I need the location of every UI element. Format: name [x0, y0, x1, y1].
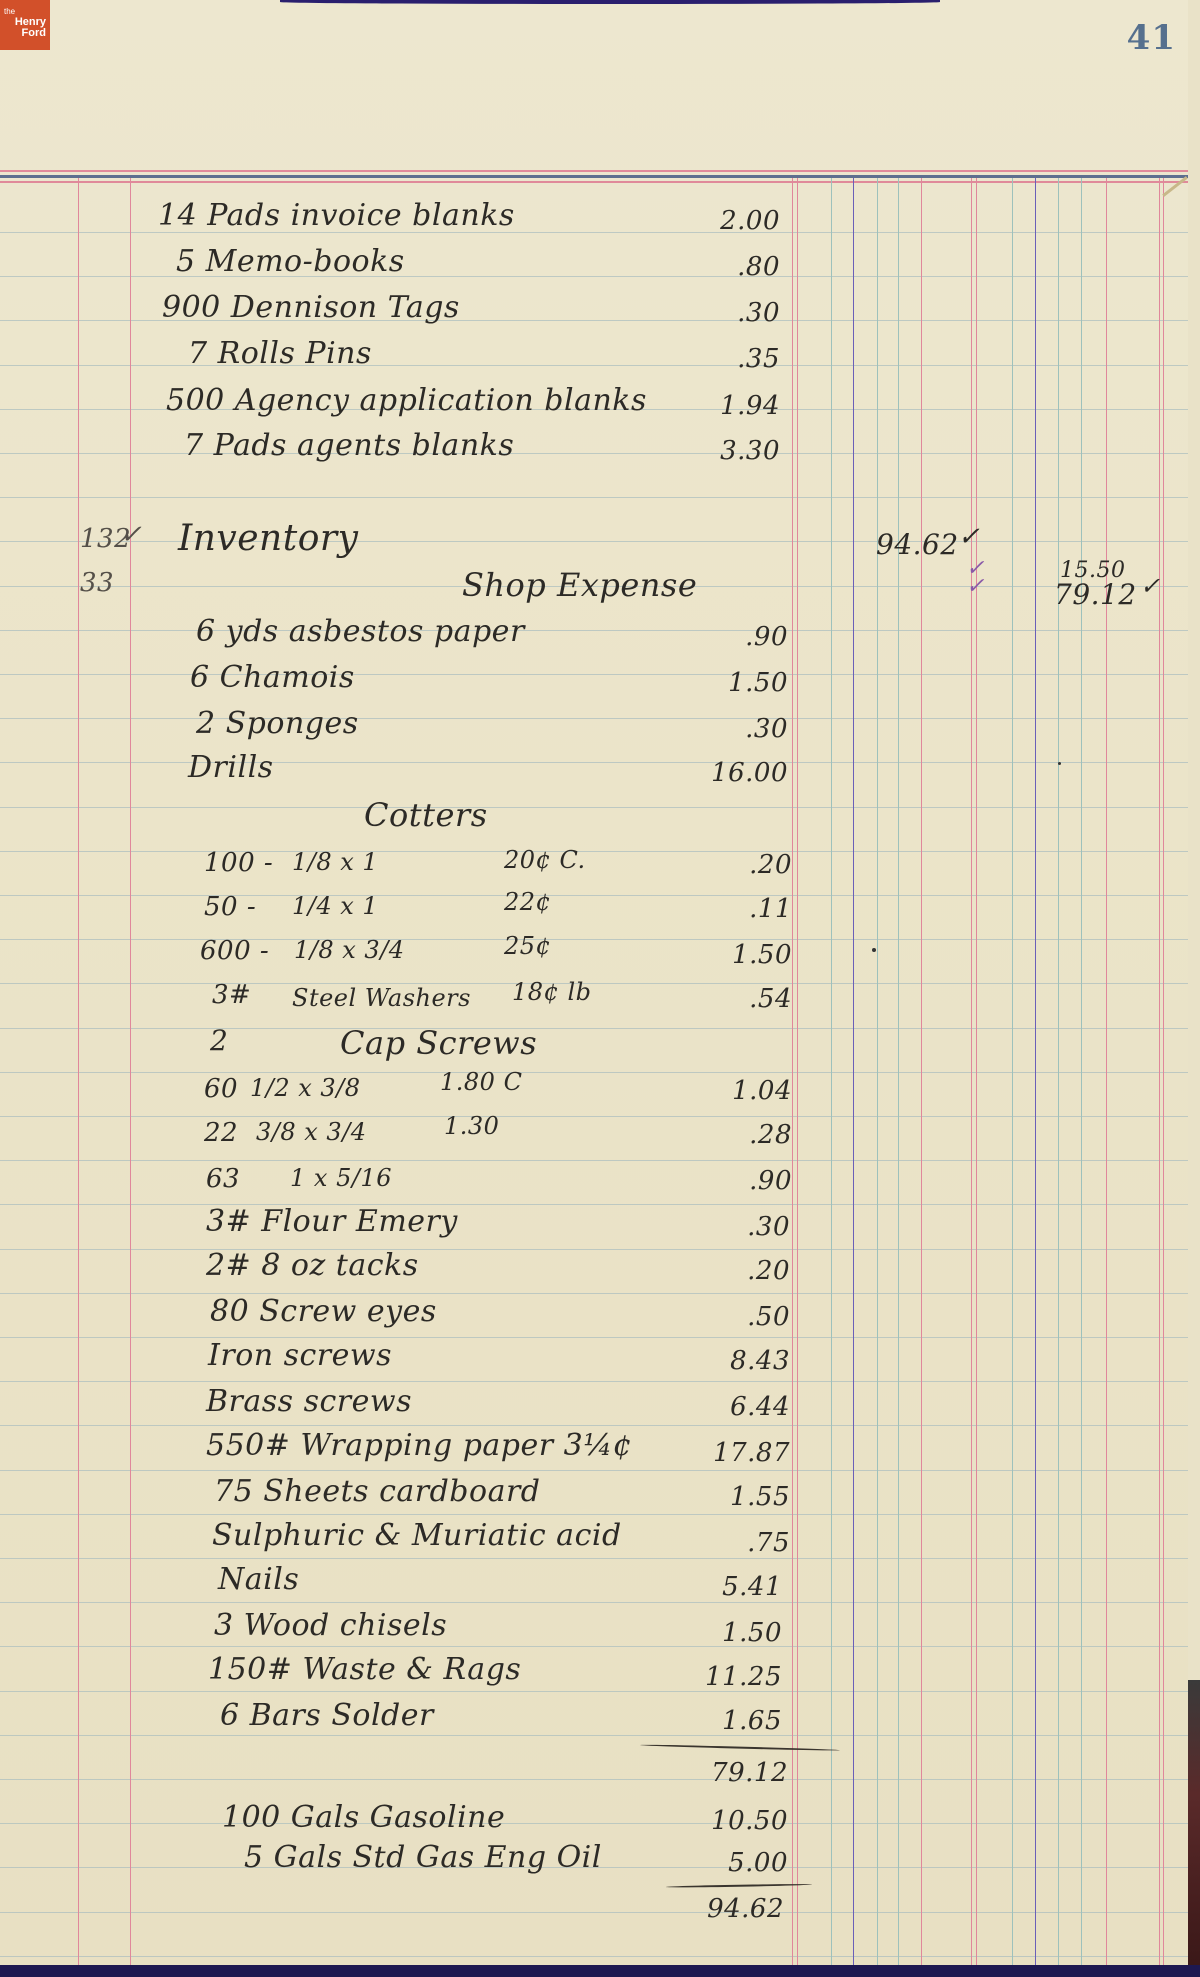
subtotal-amount: 79.12 — [668, 1758, 788, 1788]
item-quantity: 3# — [212, 980, 251, 1010]
ruled-line — [0, 1691, 1188, 1692]
ruled-line — [0, 1470, 1188, 1471]
entry-amount: .54 — [672, 984, 792, 1014]
entry-description: 7 Rolls Pins — [188, 336, 372, 371]
ruled-line — [0, 939, 1188, 940]
entry-amount: .20 — [670, 1256, 790, 1286]
ruled-line — [0, 453, 1188, 454]
item-size: 1/8 x 1 — [292, 848, 378, 876]
entry-amount: .35 — [660, 344, 780, 374]
entry-description: 6 Bars Solder — [220, 1698, 434, 1733]
entry-description: 14 Pads invoice blanks — [158, 198, 515, 233]
entry-description: 5 Memo-books — [176, 244, 405, 279]
item-rate: 18¢ lb — [512, 978, 591, 1006]
ruled-line — [0, 1823, 1188, 1824]
entry-amount: 11.25 — [662, 1662, 782, 1692]
header-rule — [0, 181, 1188, 183]
column-line — [1035, 178, 1036, 1965]
binding-shadow — [280, 0, 940, 4]
ruled-line — [0, 1028, 1188, 1029]
book-spine-edge — [1188, 1680, 1200, 1965]
ruled-line — [0, 851, 1188, 852]
folio-number: 33 — [80, 568, 114, 598]
ruled-line — [0, 1204, 1188, 1205]
column-line — [898, 178, 899, 1965]
column-line — [1163, 178, 1164, 1965]
ruled-line — [0, 1779, 1188, 1780]
section-heading: Cotters — [364, 796, 488, 834]
ruled-line — [0, 1956, 1188, 1957]
entry-description: 2# 8 oz tacks — [206, 1248, 419, 1283]
entry-amount: .11 — [672, 894, 792, 924]
entry-amount: 8.43 — [670, 1346, 790, 1376]
entry-description: Brass screws — [206, 1384, 412, 1419]
item-rate: 25¢ — [504, 932, 551, 960]
column-line — [921, 178, 922, 1965]
entry-description: 3 Wood chisels — [214, 1608, 447, 1643]
account-title: Inventory — [178, 518, 358, 559]
subtotal-rule — [640, 1744, 840, 1751]
margin-line — [130, 178, 131, 1965]
ruled-line — [0, 1293, 1188, 1294]
entry-description: 6 yds asbestos paper — [196, 614, 525, 649]
entry-description: 100 Gals Gasoline — [222, 1800, 505, 1835]
item-quantity: 50 - — [204, 892, 256, 922]
column-line — [877, 178, 878, 1965]
check-mark-icon: ✓ — [966, 574, 984, 599]
column-line — [1081, 178, 1082, 1965]
entry-description: Nails — [218, 1562, 299, 1597]
ruled-line — [0, 895, 1188, 896]
entry-description: Sulphuric & Muriatic acid — [212, 1518, 622, 1553]
column-line — [792, 178, 793, 1965]
item-size: 1 x 5/16 — [290, 1164, 392, 1192]
entry-description: 5 Gals Std Gas Eng Oil — [244, 1840, 602, 1875]
debit-amount: 94.62 — [876, 528, 959, 561]
account-title: Shop Expense — [462, 566, 697, 604]
item-size: 1/2 x 3/8 — [250, 1074, 361, 1102]
check-mark-icon: ✓ — [958, 522, 980, 552]
ruled-line — [0, 1558, 1188, 1559]
entry-amount: .20 — [672, 850, 792, 880]
entry-amount: 1.50 — [668, 668, 788, 698]
ruled-line — [0, 1249, 1188, 1250]
ruled-line — [0, 630, 1188, 631]
header-rule — [0, 170, 1188, 172]
ruled-line — [0, 762, 1188, 763]
ruled-line — [0, 1425, 1188, 1426]
item-size: Steel Washers — [292, 984, 471, 1012]
item-size: 1/4 x 1 — [292, 892, 378, 920]
item-quantity: 600 - — [200, 936, 269, 966]
ruled-line — [0, 1735, 1188, 1736]
ink-dot — [872, 948, 876, 952]
ruled-line — [0, 1381, 1188, 1382]
item-rate: 20¢ C. — [504, 846, 586, 874]
column-line — [831, 178, 832, 1965]
entry-amount: 1.50 — [662, 1618, 782, 1648]
entry-amount: .80 — [660, 252, 780, 282]
entry-amount: 1.04 — [672, 1076, 792, 1106]
header-rule — [0, 175, 1188, 178]
check-mark-icon: ✓ — [1140, 572, 1161, 600]
column-line — [853, 178, 854, 1965]
entry-description: 150# Waste & Rags — [208, 1652, 521, 1687]
entry-amount: 2.00 — [660, 206, 780, 236]
item-size: 3/8 x 3/4 — [256, 1118, 367, 1146]
entry-amount: .75 — [670, 1528, 790, 1558]
book-cover-edge — [0, 1965, 1200, 1977]
ruled-line — [0, 1160, 1188, 1161]
ruled-line — [0, 1072, 1188, 1073]
entry-amount: 16.00 — [668, 758, 788, 788]
item-rate: 22¢ — [504, 888, 551, 916]
ruled-line — [0, 1514, 1188, 1515]
item-quantity: 63 — [206, 1164, 240, 1194]
paper-tear — [1162, 176, 1187, 197]
check-mark-icon: ✓ — [120, 520, 142, 550]
item-rate: 1.80 C — [440, 1068, 522, 1096]
column-line — [1159, 178, 1160, 1965]
entry-amount: 6.44 — [670, 1392, 790, 1422]
entry-amount: .30 — [670, 1212, 790, 1242]
ruled-line — [0, 983, 1188, 984]
item-size: 1/8 x 3/4 — [294, 936, 405, 964]
column-line — [1058, 178, 1059, 1965]
column-line — [797, 178, 798, 1965]
entry-amount: .50 — [670, 1302, 790, 1332]
entry-amount: .28 — [672, 1120, 792, 1150]
entry-description: 80 Screw eyes — [210, 1294, 437, 1329]
column-line — [1106, 178, 1107, 1965]
column-line — [976, 178, 977, 1965]
item-rate: 1.30 — [444, 1112, 499, 1140]
entry-description: 550# Wrapping paper 3¼¢ — [206, 1428, 632, 1463]
ruled-line — [0, 1602, 1188, 1603]
entry-description: 75 Sheets cardboard — [214, 1474, 541, 1509]
total-rule — [666, 1883, 812, 1888]
ruled-line — [0, 1116, 1188, 1117]
entry-amount: 5.41 — [662, 1572, 782, 1602]
ruled-line — [0, 674, 1188, 675]
henry-ford-logo: the Henry Ford — [0, 0, 50, 50]
entry-description: 900 Dennison Tags — [162, 290, 460, 325]
entry-amount: 1.65 — [662, 1706, 782, 1736]
column-line — [971, 178, 972, 1965]
entry-description: Iron screws — [208, 1338, 392, 1373]
entry-amount: 10.50 — [668, 1806, 788, 1836]
entry-amount: .30 — [660, 298, 780, 328]
section-heading: Cap Screws — [340, 1024, 537, 1062]
entry-amount: 17.87 — [670, 1438, 790, 1468]
entry-amount: .30 — [668, 714, 788, 744]
entry-description: 3# Flour Emery — [206, 1204, 458, 1239]
entry-description: 7 Pads agents blanks — [184, 428, 514, 463]
entry-description: Drills — [188, 750, 274, 785]
item-quantity: 22 — [204, 1118, 238, 1148]
ruled-line — [0, 718, 1188, 719]
entry-description: 6 Chamois — [190, 660, 355, 695]
entry-amount: .90 — [668, 622, 788, 652]
ruled-line — [0, 807, 1188, 808]
entry-amount: 5.00 — [668, 1848, 788, 1878]
entry-amount: 3.30 — [660, 436, 780, 466]
column-line — [1012, 178, 1013, 1965]
ruled-line — [0, 1646, 1188, 1647]
credit-amount: 79.12 — [1054, 578, 1137, 611]
item-quantity: 2 — [210, 1024, 228, 1057]
entry-amount: 1.94 — [660, 391, 780, 421]
ruled-line — [0, 1912, 1188, 1913]
ruled-line — [0, 497, 1188, 498]
item-quantity: 100 - — [204, 848, 273, 878]
entry-amount: .90 — [672, 1166, 792, 1196]
ink-dot — [1058, 762, 1061, 765]
item-quantity: 60 — [204, 1074, 238, 1104]
entry-description: 2 Sponges — [196, 706, 359, 741]
entry-amount: 1.55 — [670, 1482, 790, 1512]
margin-line — [78, 178, 79, 1965]
ledger-page: the Henry Ford 41 14 Pads invoice blanks… — [0, 0, 1188, 1965]
total-amount: 94.62 — [664, 1894, 784, 1924]
entry-description: 500 Agency application blanks — [166, 383, 647, 418]
entry-amount: 1.50 — [672, 940, 792, 970]
page-number: 41 — [1127, 18, 1176, 58]
ruled-line — [0, 365, 1188, 366]
ruled-line — [0, 1337, 1188, 1338]
